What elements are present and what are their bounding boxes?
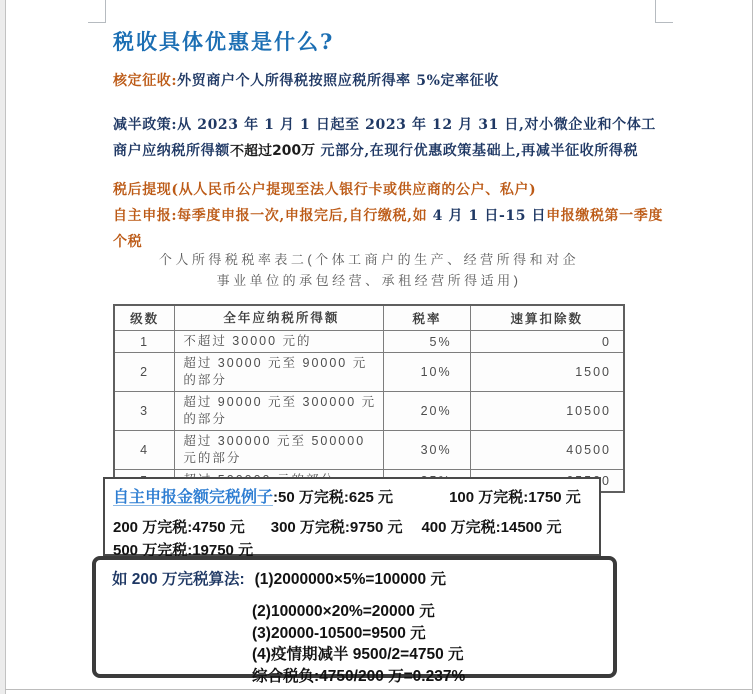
example-value: 50 万完税:625 元: [278, 489, 393, 506]
paragraph-label: 核定征收:: [113, 73, 177, 89]
tax-rate-table: 级数 全年应纳税所得额 税率 速算扣除数 1 不超过 30000 元的 5% 0…: [113, 304, 625, 493]
example-value: 100 万完税:1750 元: [449, 489, 581, 506]
cell-level: 2: [114, 353, 175, 392]
calculation-method-box: 如 200 万完税算法:(1)2000000×5%=100000 元 (2)10…: [92, 556, 617, 678]
cell-income: 超过 300000 元至 500000 元的部分: [175, 431, 384, 470]
paragraph-text: 元部分,在现行优惠政策基础上,再减半征收所得税: [315, 143, 638, 159]
paragraph-text: 自主申报:每季度申报一次,申报完后,自行缴税,如: [113, 208, 433, 224]
page-right-edge: [752, 0, 753, 694]
column-header-deduction: 速算扣除数: [470, 305, 624, 331]
paragraph-date-range: 4 月 1 日-15 日: [433, 208, 546, 224]
tax-paid-examples-box: 自主申报金额完税例子:50 万完税:625 元100 万完税:1750 元 20…: [103, 477, 601, 556]
calculation-step: (4)疫情期减半 9500/2=4750 元: [252, 644, 607, 666]
examples-line1: 自主申报金额完税例子:50 万完税:625 元100 万完税:1750 元: [113, 484, 591, 507]
examples-line2: 200 万完税:4750 元300 万完税:9750 元400 万完税:1450…: [113, 516, 591, 537]
example-value: 400 万完税:14500 元: [421, 519, 561, 536]
paragraph-self-declaration: 自主申报:每季度申报一次,申报完后,自行缴税,如 4 月 1 日-15 日申报缴…: [113, 203, 667, 255]
paragraph-after-tax-withdrawal: 税后提现(从人民币公户提现至法人银行卡或供应商的公户、私户): [113, 177, 667, 203]
paragraph-half-reduction-policy: 减半政策:从 2023 年 1 月 1 日起至 2023 年 12 月 31 日…: [113, 112, 667, 164]
table-row: 4 超过 300000 元至 500000 元的部分 30% 40500: [114, 431, 624, 470]
paragraph-assessed-collection: 核定征收:外贸商户个人所得税按照应税所得率 5%定率征收: [113, 68, 667, 94]
calculation-label: 如 200 万完税算法:: [112, 571, 245, 588]
cell-rate: 5%: [384, 331, 470, 353]
example-value: 300 万完税:9750 元: [271, 519, 403, 536]
cell-level: 4: [114, 431, 175, 470]
calculation-step: (1)2000000×5%=100000 元: [255, 571, 446, 588]
table-header-row: 级数 全年应纳税所得额 税率 速算扣除数: [114, 305, 624, 331]
margin-crop-mark-right-icon: [655, 0, 673, 23]
table-caption-line1: 个人所得税税率表二(个体工商户的生产、经营所得和对企: [113, 249, 625, 270]
cell-income: 超过 90000 元至 300000 元的部分: [175, 392, 384, 431]
cell-deduction: 10500: [470, 392, 624, 431]
calculation-step: 综合税负:4750/200 万=0.237%: [252, 666, 607, 688]
calculation-step: (2)100000×20%=20000 元: [252, 601, 607, 623]
calculation-step: (3)20000-10500=9500 元: [252, 623, 607, 645]
cell-deduction: 1500: [470, 353, 624, 392]
cell-rate: 10%: [384, 353, 470, 392]
handwritten-annotation: 不超过200万: [230, 137, 316, 164]
column-header-rate: 税率: [384, 305, 470, 331]
document-page: 税收具体优惠是什么? 核定征收:外贸商户个人所得税按照应税所得率 5%定率征收 …: [0, 0, 756, 694]
cell-rate: 30%: [384, 431, 470, 470]
table-caption: 个人所得税税率表二(个体工商户的生产、经营所得和对企 事业单位的承包经营、承租经…: [113, 249, 625, 291]
cell-level: 3: [114, 392, 175, 431]
table-caption-line2: 事业单位的承包经营、承租经营所得适用): [113, 270, 625, 291]
examples-label: 自主申报金额完税例子: [113, 489, 273, 506]
cell-level: 1: [114, 331, 175, 353]
calculation-line1: 如 200 万完税算法:(1)2000000×5%=100000 元: [112, 567, 607, 589]
table-row: 3 超过 90000 元至 300000 元的部分 20% 10500: [114, 392, 624, 431]
column-header-income: 全年应纳税所得额: [175, 305, 384, 331]
table-row: 1 不超过 30000 元的 5% 0: [114, 331, 624, 353]
cell-deduction: 0: [470, 331, 624, 353]
cell-income: 超过 30000 元至 90000 元的部分: [175, 353, 384, 392]
page-bottom-edge: [5, 689, 753, 690]
paragraph-text: 外贸商户个人所得税按照应税所得率 5%定率征收: [177, 73, 499, 89]
cell-deduction: 40500: [470, 431, 624, 470]
paragraph-text: 税后提现(从人民币公户提现至法人银行卡或供应商的公户、私户): [113, 182, 536, 198]
margin-crop-mark-left-icon: [88, 0, 106, 23]
column-header-level: 级数: [114, 305, 175, 331]
cell-income: 不超过 30000 元的: [175, 331, 384, 353]
page-title: 税收具体优惠是什么?: [113, 26, 334, 56]
example-value: 200 万完税:4750 元: [113, 519, 245, 536]
table-row: 2 超过 30000 元至 90000 元的部分 10% 1500: [114, 353, 624, 392]
page-left-edge: [0, 0, 6, 694]
cell-rate: 20%: [384, 392, 470, 431]
calculation-steps: (2)100000×20%=20000 元 (3)20000-10500=950…: [252, 601, 607, 687]
